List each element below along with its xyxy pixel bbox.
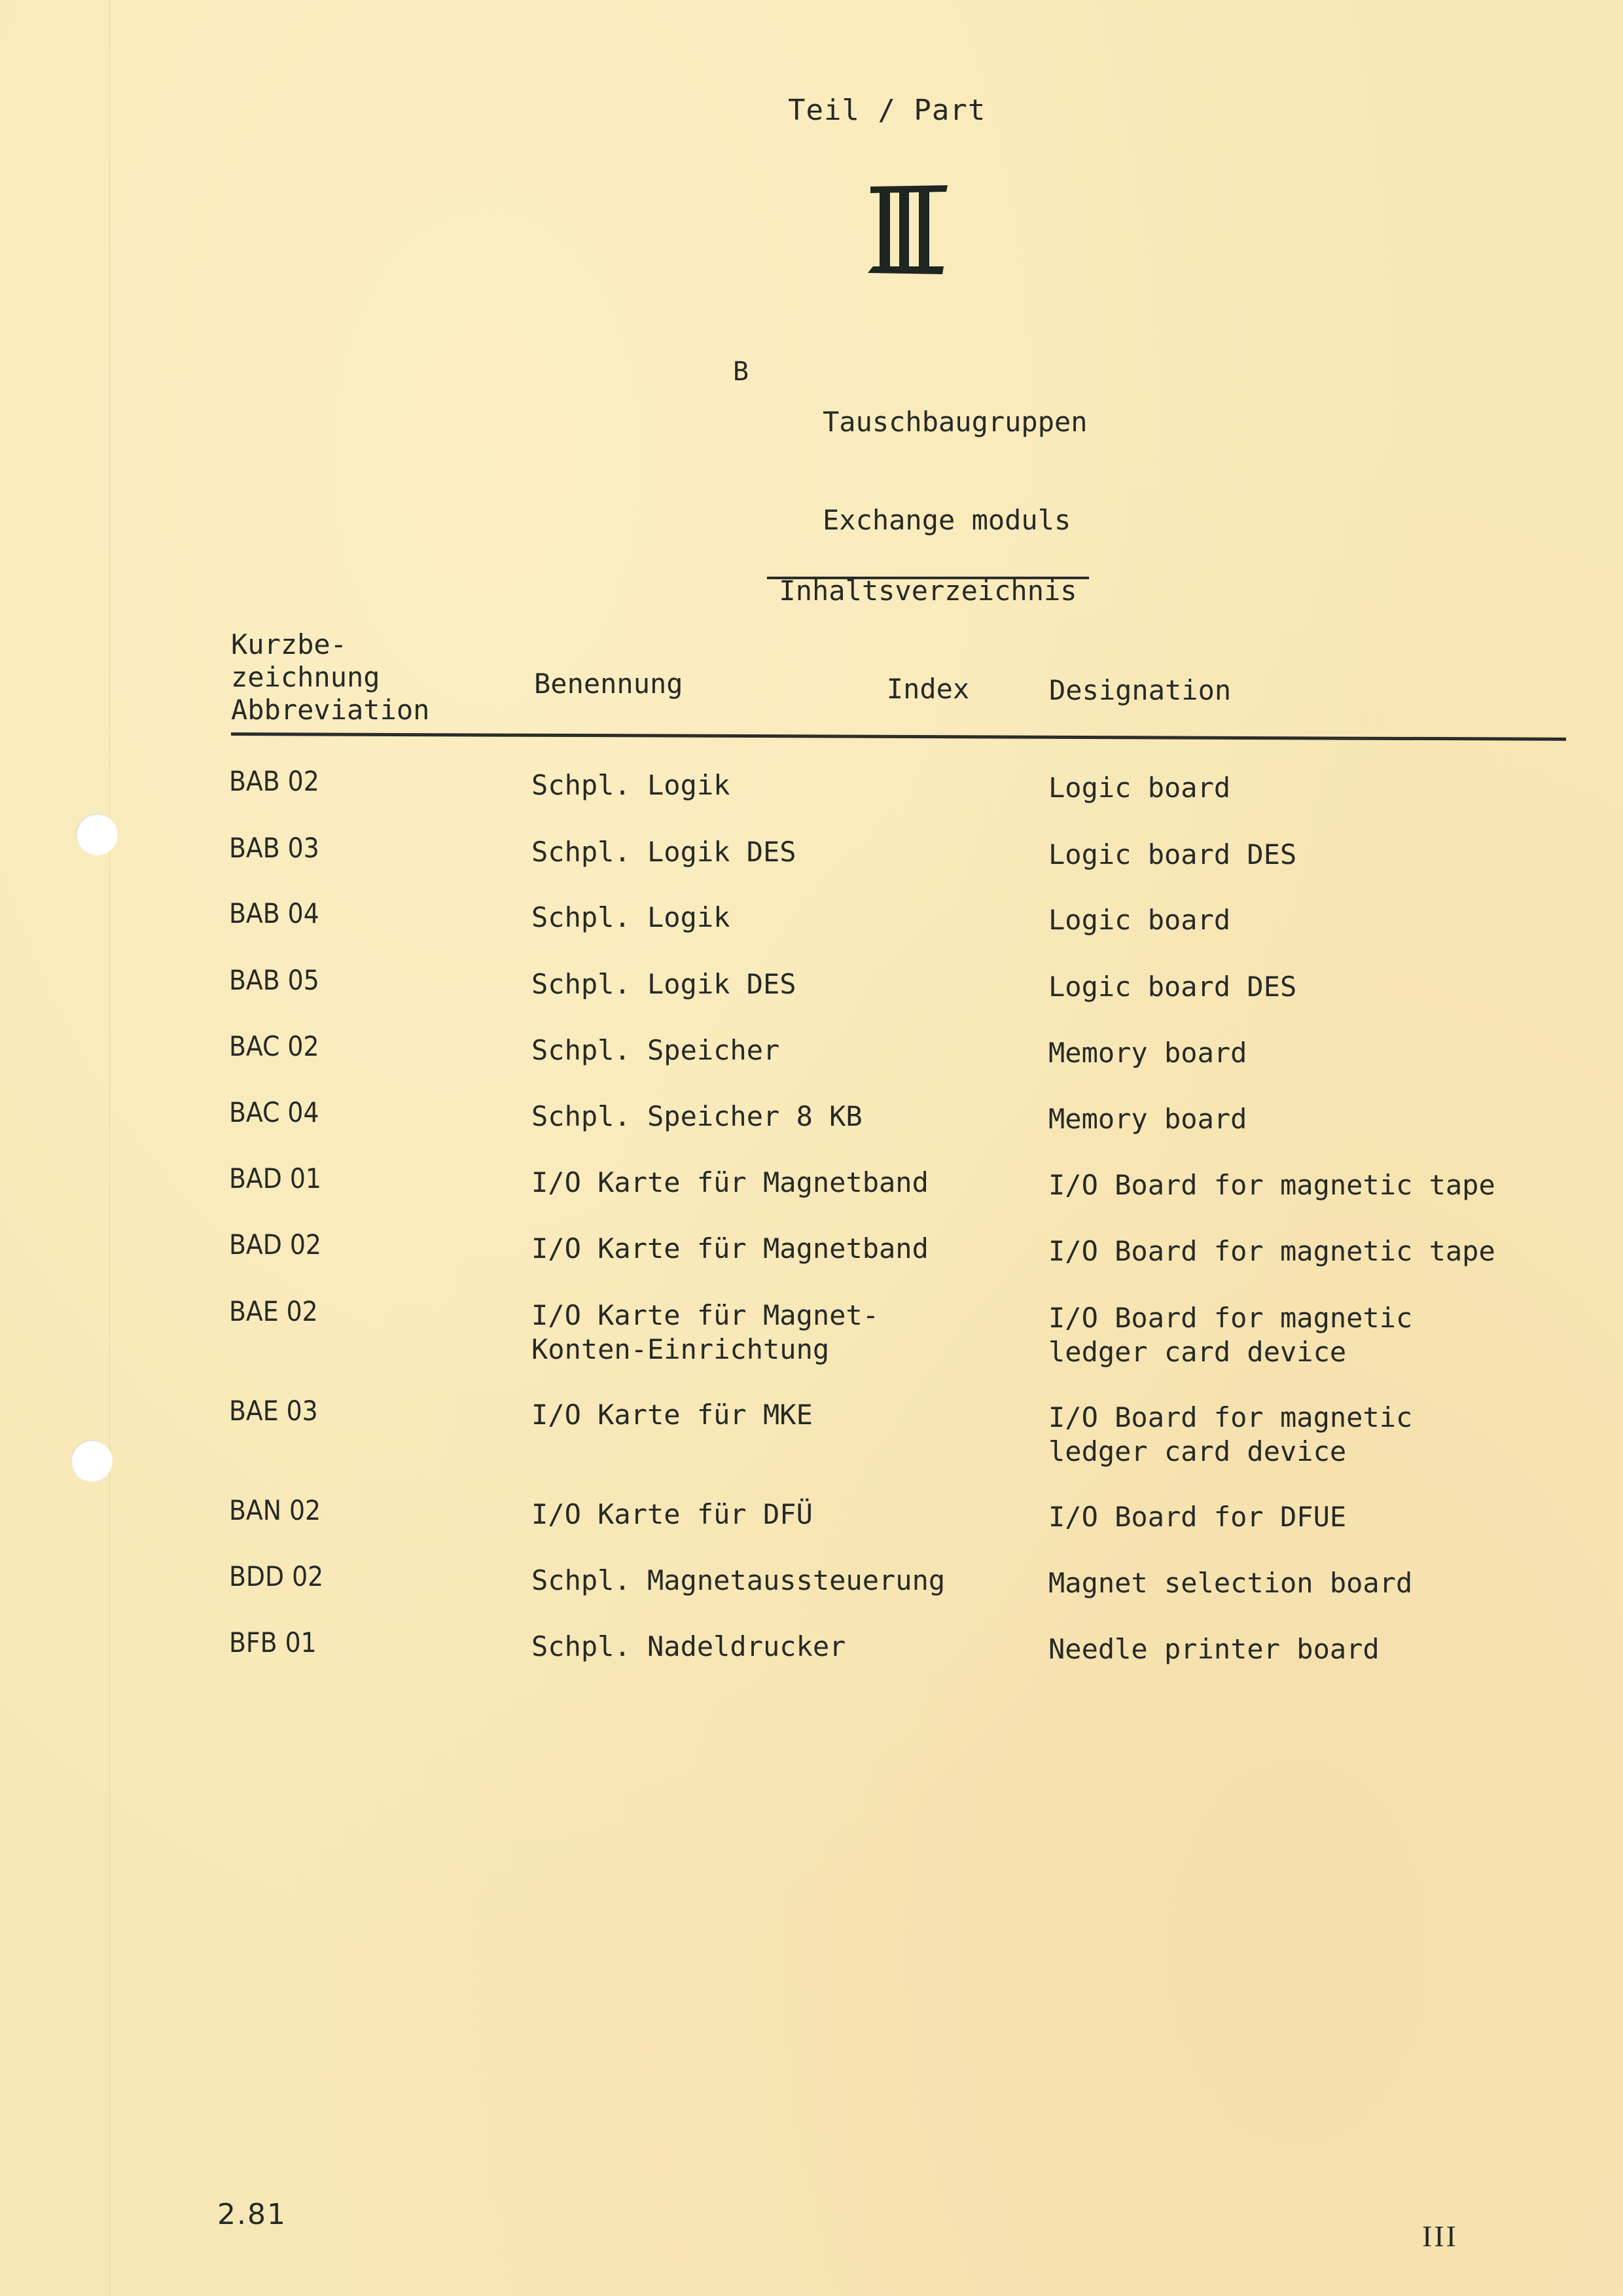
cell-abbreviation: BFB 01 xyxy=(229,1626,317,1660)
column-header-benennung: Benennung xyxy=(534,668,683,700)
cell-designation: Magnet selection board xyxy=(1048,1566,1412,1600)
cell-benennung: Schpl. Logik DES xyxy=(531,967,796,1001)
document-page: Teil / Part B Tauschbaugruppen Exchange … xyxy=(0,0,1623,2296)
cell-designation: Logic board DES xyxy=(1048,970,1296,1004)
cell-benennung: Schpl. Logik xyxy=(531,901,730,935)
cell-abbreviation: BAD 02 xyxy=(229,1228,321,1262)
cell-designation: I/O Board for magnetic tape xyxy=(1048,1168,1495,1202)
cell-designation: Memory board xyxy=(1048,1036,1247,1070)
index-title-en: Index xyxy=(767,673,1089,706)
cell-designation: Logic board xyxy=(1048,903,1230,937)
column-header-abbreviation: Kurzbe- zeichnung Abbreviation xyxy=(231,628,429,726)
cell-abbreviation: BAC 04 xyxy=(229,1096,319,1130)
cell-abbreviation: BAE 02 xyxy=(229,1295,318,1329)
cell-benennung: Schpl. Magnetaussteuerung xyxy=(531,1564,945,1598)
cell-benennung: Schpl. Speicher 8 KB xyxy=(531,1100,863,1134)
cell-designation: I/O Board for magnetic ledger card devic… xyxy=(1048,1301,1412,1369)
footer-page-number: III xyxy=(1422,2219,1458,2253)
cell-abbreviation: BAB 02 xyxy=(229,764,319,798)
index-underline xyxy=(767,577,1089,579)
part-numeral-icon xyxy=(842,171,924,263)
binder-punch-hole xyxy=(76,814,118,855)
cell-abbreviation: BAN 02 xyxy=(229,1494,321,1528)
cell-designation: Logic board xyxy=(1048,771,1230,805)
cell-designation: I/O Board for magnetic ledger card devic… xyxy=(1048,1401,1412,1469)
cell-abbreviation: BAD 01 xyxy=(229,1162,321,1196)
cell-benennung: I/O Karte für Magnet- Konten-Einrichtung xyxy=(531,1299,879,1367)
cell-abbreviation: BAB 04 xyxy=(229,897,319,931)
cell-designation: I/O Board for magnetic tape xyxy=(1048,1234,1495,1268)
cell-abbreviation: BAB 03 xyxy=(229,831,319,865)
cell-benennung: Schpl. Logik xyxy=(531,768,730,802)
cell-benennung: Schpl. Speicher xyxy=(531,1033,779,1067)
cell-benennung: I/O Karte für Magnetband xyxy=(531,1166,929,1200)
cell-benennung: I/O Karte für MKE xyxy=(531,1398,813,1432)
footer-date: 2.81 xyxy=(217,2198,287,2231)
cell-benennung: I/O Karte für DFÜ xyxy=(531,1498,813,1532)
cell-abbreviation: BAE 03 xyxy=(229,1394,318,1428)
section-title-de: Tauschbaugruppen xyxy=(823,406,1088,439)
section-letter: B xyxy=(733,357,749,387)
cell-designation: Logic board DES xyxy=(1048,838,1296,872)
cell-designation: Memory board xyxy=(1048,1102,1247,1136)
part-label: Teil / Part xyxy=(788,94,986,127)
cell-benennung: Schpl. Logik DES xyxy=(531,835,796,869)
index-title-de: Inhaltsverzeichnis xyxy=(767,575,1089,607)
cell-abbreviation: BAC 02 xyxy=(229,1030,319,1064)
cell-benennung: I/O Karte für Magnetband xyxy=(531,1232,929,1266)
cell-designation: I/O Board for DFUE xyxy=(1048,1500,1346,1534)
binder-punch-hole xyxy=(71,1440,113,1482)
cell-abbreviation: BAB 05 xyxy=(229,963,319,997)
index-title: Inhaltsverzeichnis Index xyxy=(767,509,1089,771)
cell-benennung: Schpl. Nadeldrucker xyxy=(531,1630,846,1664)
cell-designation: Needle printer board xyxy=(1048,1632,1380,1666)
column-header-designation: Designation xyxy=(1049,674,1231,707)
cell-abbreviation: BDD 02 xyxy=(229,1560,323,1594)
margin-line xyxy=(109,0,110,2296)
